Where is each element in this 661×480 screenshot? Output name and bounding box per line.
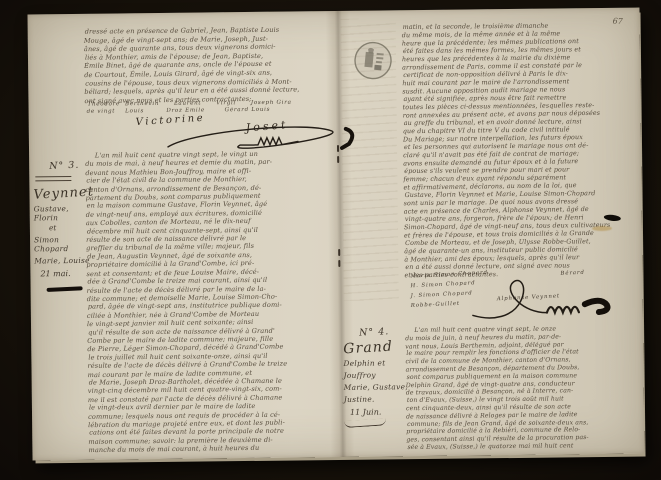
margin-flourish (344, 418, 386, 428)
signature-paraph-icon (464, 272, 635, 332)
revenue-stamp-icon (350, 38, 396, 84)
act-3-signatures-block: Marie Simon Chopard H. Simon Chopard J. … (408, 270, 639, 331)
ink-mark (47, 286, 83, 292)
act-4-body-text: L'an mil huit cent quatre vingt sept, le… (405, 325, 644, 452)
signature: Robbe-Guillet (411, 301, 460, 309)
register-double-page: 67 dressé acte en présence de Gabriel, J… (27, 8, 644, 461)
bride-firstnames-2: Justine. (344, 394, 410, 404)
groom-surname: Grand (343, 338, 410, 358)
bride-surname: Jouffroy (344, 370, 410, 380)
handwritten-line: commune; fils de Jean Grand, âgé de soix… (407, 418, 644, 428)
act-3-body-text: L'an mil huit cent quatre vingt sept, le… (85, 149, 344, 455)
groom-firstnames: Delphin et (343, 358, 409, 368)
act-date: 11 Juin. (350, 407, 410, 417)
act-number: N° 4. (359, 325, 409, 338)
handwritten-line: qu'il résulte de son acte de naissance d… (88, 326, 343, 337)
margin-note-act-4: N° 4. Grand Delphin et Jouffroy Marie, G… (343, 326, 410, 427)
margin-rule (35, 176, 71, 181)
previous-act-closing-text: dressé acte en présence de Gabriel, Jean… (84, 25, 337, 105)
bride-firstnames: Marie, Gustave, (344, 382, 410, 392)
act-3-continuation-text: matin, et la seconde, le troisième diman… (402, 21, 641, 280)
handwritten-line: cousins de l'épouse, tous deux vignerons… (85, 77, 336, 88)
signature: J. Simon Chopard (411, 290, 473, 299)
photograph-background: 67 dressé acte en présence de Gabriel, J… (0, 0, 661, 480)
handwritten-line: sée à Évaux, (Suisse,) le quatorze mai m… (407, 442, 644, 452)
